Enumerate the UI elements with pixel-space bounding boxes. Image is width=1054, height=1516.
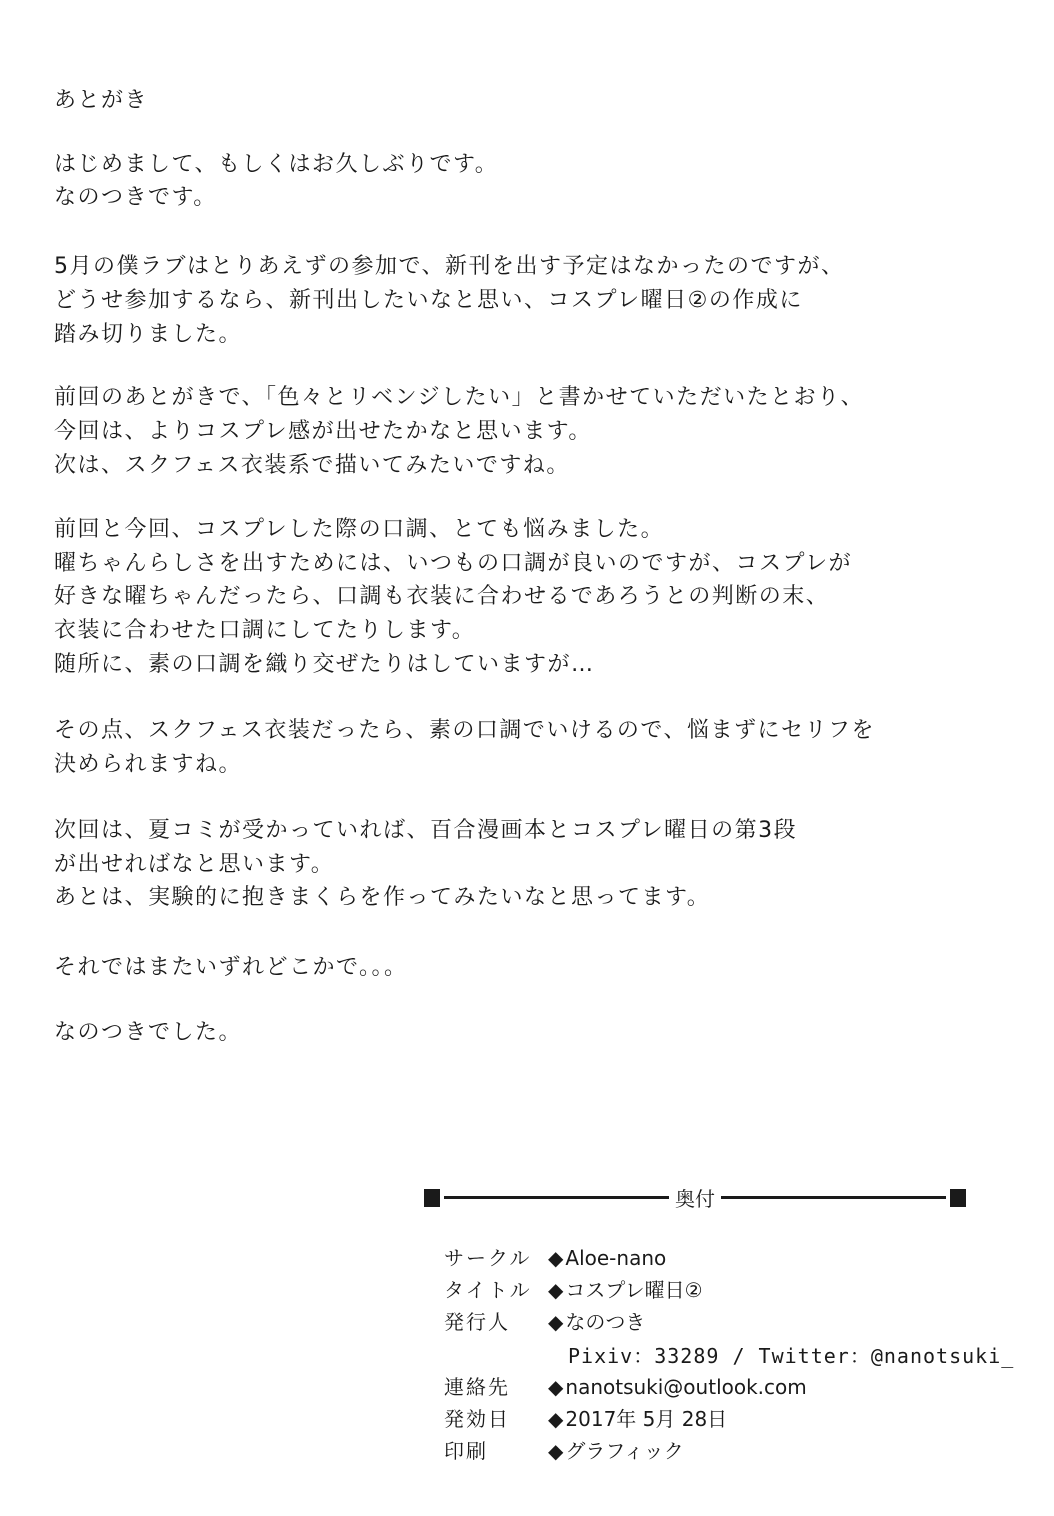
afterword-line: 今回は、よりコスプレ感が出せたかなと思います。 (54, 419, 592, 445)
afterword-line: 随所に、素の口調を織り交ぜたりはしていますが… (54, 652, 595, 678)
afterword-line: 決められますね。 (54, 752, 242, 778)
afterword-line: が出せればなと思います。 (54, 852, 334, 878)
colophon-row-publisher: 発行人 なのつき (444, 1310, 645, 1334)
colophon-row-date: 発効日 2017年 5月 28日 (444, 1407, 727, 1431)
printer-name: グラフィック (548, 1439, 684, 1463)
publish-date: 2017年 5月 28日 (548, 1407, 727, 1431)
afterword-line: 前回と今回、コスプレした際の口調、とても悩みました。 (54, 517, 664, 543)
afterword-heading: あとがき (54, 88, 148, 114)
divider (721, 1196, 946, 1199)
afterword-line: 衣装に合わせた口調にしてたりします。 (54, 618, 475, 644)
colophon-title: 奥付 (673, 1183, 717, 1212)
afterword-line: 踏み切りました。 (54, 322, 242, 348)
publisher-name: なのつき (548, 1310, 645, 1334)
square-icon (950, 1189, 966, 1207)
afterword-line: はじめまして、もしくはお久しぶりです。 (54, 152, 498, 178)
afterword-line: 好きな曜ちゃんだったら、口調も衣装に合わせるであろうとの判断の末、 (54, 584, 829, 610)
colophon-header: 奥付 (424, 1183, 966, 1212)
colophon-row-circle: サークル Aloe-nano (444, 1246, 666, 1270)
afterword-line: その点、スクフェス衣装だったら、素の口調でいけるので、悩まずにセリフを (54, 718, 875, 744)
circle-name: Aloe-nano (548, 1246, 666, 1270)
colophon-row-contact: 連絡先 nanotsuki@outlook.com (444, 1375, 807, 1399)
book-title: コスプレ曜日② (548, 1278, 703, 1302)
afterword-line: 次は、スクフェス衣装系で描いてみたいですね。 (54, 453, 570, 479)
afterword-signoff: なのつきでした。 (54, 1020, 242, 1046)
publisher-social: Pixiv：33289 / Twitter：@nanotsuki_ (568, 1344, 1014, 1368)
square-icon (424, 1189, 440, 1207)
divider (444, 1196, 669, 1199)
afterword-line: 5月の僕ラブはとりあえずの参加で、新刊を出す予定はなかったのですが、 (54, 254, 845, 280)
afterword-line: 次回は、夏コミが受かっていれば、百合漫画本とコスプレ曜日の第3段 (54, 818, 797, 844)
colophon-row-printer: 印刷 グラフィック (444, 1439, 684, 1463)
afterword-line: あとは、実験的に抱きまくらを作ってみたいなと思ってます。 (54, 885, 710, 911)
contact-email: nanotsuki@outlook.com (548, 1375, 807, 1399)
afterword-line: どうせ参加するなら、新刊出したいなと思い、コスプレ曜日②の作成に (54, 288, 803, 314)
afterword-line: 前回のあとがきで、「色々とリベンジしたい」と書かせていただいたとおり、 (54, 385, 864, 411)
afterword-line: 曜ちゃんらしさを出すためには、いつもの口調が良いのですが、コスプレが (54, 551, 852, 577)
afterword-line: それではまたいずれどこかで。。。 (54, 955, 408, 981)
colophon-row-title: タイトル コスプレ曜日② (444, 1278, 703, 1302)
afterword-line: なのつきです。 (54, 185, 217, 211)
